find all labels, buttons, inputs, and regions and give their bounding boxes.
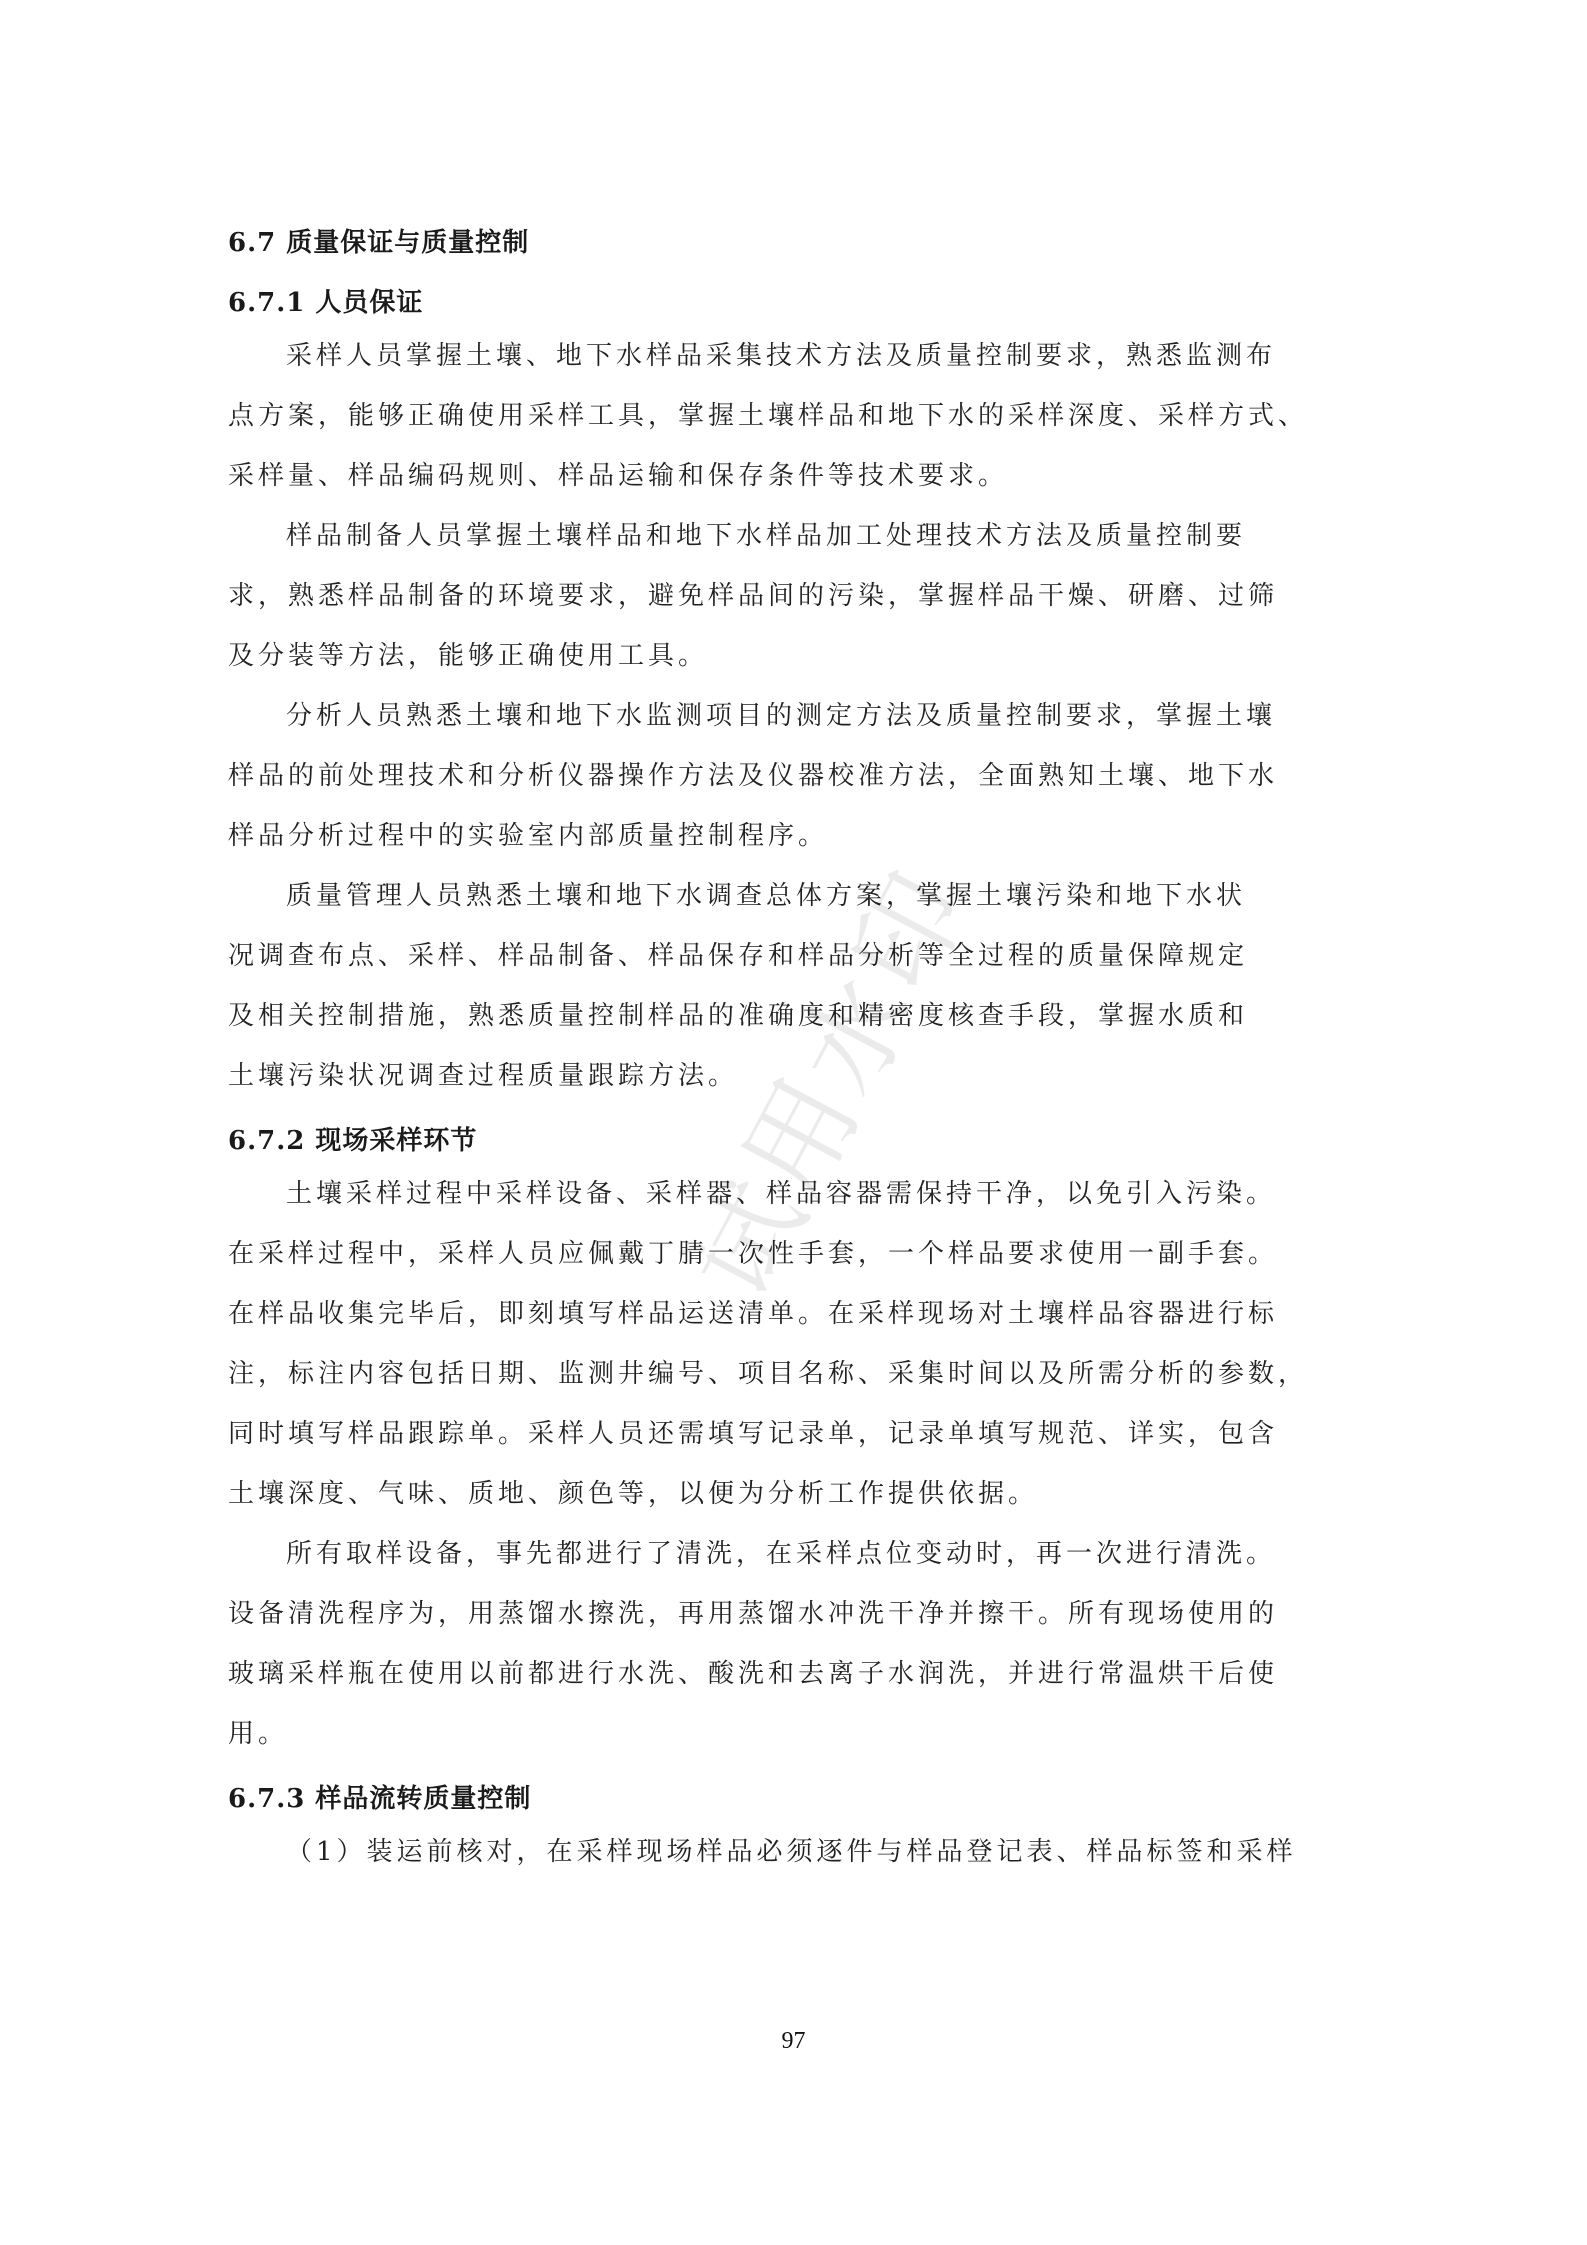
paragraph: 样品制备人员掌握土壤样品和地下水样品加工处理技术方法及质量控制要求，熟悉样品制备… — [228, 506, 1370, 686]
paragraph-line: （1）装运前核对，在采样现场样品必须逐件与样品登记表、样品标签和采样 — [228, 1822, 1370, 1882]
paragraph-line: 及相关控制措施，熟悉质量控制样品的准确度和精密度核查手段，掌握水质和 — [228, 986, 1370, 1046]
paragraph-line: 分析人员熟悉土壤和地下水监测项目的测定方法及质量控制要求，掌握土壤 — [228, 686, 1370, 746]
document-page: 试用水印 6.7 质量保证与质量控制 6.7.1 人员保证采样人员掌握土壤、地下… — [0, 0, 1587, 2245]
paragraph-line: 用。 — [228, 1704, 1370, 1764]
paragraph-line: 玻璃采样瓶在使用以前都进行水洗、酸洗和去离子水润洗，并进行常温烘干后使 — [228, 1644, 1370, 1704]
paragraph-line: 注，标注内容包括日期、监测井编号、项目名称、采集时间以及所需分析的参数， — [228, 1344, 1370, 1404]
paragraph-line: 在采样过程中，采样人员应佩戴丁腈一次性手套，一个样品要求使用一副手套。 — [228, 1224, 1370, 1284]
paragraph-line: 土壤深度、气味、质地、颜色等，以便为分析工作提供依据。 — [228, 1464, 1370, 1524]
paragraph: 分析人员熟悉土壤和地下水监测项目的测定方法及质量控制要求，掌握土壤样品的前处理技… — [228, 686, 1370, 866]
paragraph-line: 所有取样设备，事先都进行了清洗，在采样点位变动时，再一次进行清洗。 — [228, 1524, 1370, 1584]
paragraph-line: 采样人员掌握土壤、地下水样品采集技术方法及质量控制要求，熟悉监测布 — [228, 326, 1370, 386]
paragraph-line: 质量管理人员熟悉土壤和地下水调查总体方案，掌握土壤污染和地下水状 — [228, 866, 1370, 926]
paragraph-line: 土壤污染状况调查过程质量跟踪方法。 — [228, 1046, 1370, 1106]
paragraph: 土壤采样过程中采样设备、采样器、样品容器需保持干净，以免引入污染。在采样过程中，… — [228, 1164, 1370, 1524]
paragraph: 采样人员掌握土壤、地下水样品采集技术方法及质量控制要求，熟悉监测布点方案，能够正… — [228, 326, 1370, 506]
page-content: 6.7 质量保证与质量控制 6.7.1 人员保证采样人员掌握土壤、地下水样品采集… — [228, 228, 1370, 1882]
paragraph-line: 在样品收集完毕后，即刻填写样品运送清单。在采样现场对土壤样品容器进行标 — [228, 1284, 1370, 1344]
section-title: 6.7 质量保证与质量控制 — [228, 228, 1370, 258]
subsection-title: 6.7.3 样品流转质量控制 — [228, 1784, 1370, 1814]
paragraph-line: 样品的前处理技术和分析仪器操作方法及仪器校准方法，全面熟知土壤、地下水 — [228, 746, 1370, 806]
paragraph-line: 及分装等方法，能够正确使用工具。 — [228, 626, 1370, 686]
paragraph: 质量管理人员熟悉土壤和地下水调查总体方案，掌握土壤污染和地下水状况调查布点、采样… — [228, 866, 1370, 1106]
paragraph: 所有取样设备，事先都进行了清洗，在采样点位变动时，再一次进行清洗。设备清洗程序为… — [228, 1524, 1370, 1764]
paragraph-line: 土壤采样过程中采样设备、采样器、样品容器需保持干净，以免引入污染。 — [228, 1164, 1370, 1224]
paragraph-line: 况调查布点、采样、样品制备、样品保存和样品分析等全过程的质量保障规定 — [228, 926, 1370, 986]
subsection-title: 6.7.2 现场采样环节 — [228, 1126, 1370, 1156]
paragraph-line: 设备清洗程序为，用蒸馏水擦洗，再用蒸馏水冲洗干净并擦干。所有现场使用的 — [228, 1584, 1370, 1644]
paragraph-line: 样品分析过程中的实验室内部质量控制程序。 — [228, 806, 1370, 866]
paragraph: （1）装运前核对，在采样现场样品必须逐件与样品登记表、样品标签和采样 — [228, 1822, 1370, 1882]
subsection-title: 6.7.1 人员保证 — [228, 288, 1370, 318]
paragraph-line: 采样量、样品编码规则、样品运输和保存条件等技术要求。 — [228, 446, 1370, 506]
paragraph-line: 求，熟悉样品制备的环境要求，避免样品间的污染，掌握样品干燥、研磨、过筛 — [228, 566, 1370, 626]
paragraph-line: 样品制备人员掌握土壤样品和地下水样品加工处理技术方法及质量控制要 — [228, 506, 1370, 566]
page-number: 97 — [0, 2028, 1587, 2055]
paragraph-line: 点方案，能够正确使用采样工具，掌握土壤样品和地下水的采样深度、采样方式、 — [228, 386, 1370, 446]
paragraph-line: 同时填写样品跟踪单。采样人员还需填写记录单，记录单填写规范、详实，包含 — [228, 1404, 1370, 1464]
